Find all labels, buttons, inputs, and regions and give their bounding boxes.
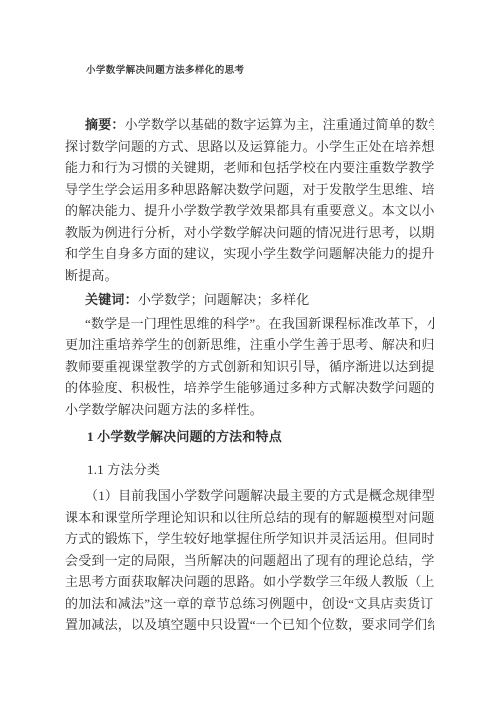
body-line: 会受到一定的局限，当所解决的问题超出了现有的理论总结，学生就会很难在自 (65, 550, 434, 572)
keywords-line: 关键词：小学数学；问题解决；多样化 (65, 289, 434, 311)
body-line: （1）目前我国小学数学问题解决最主要的方式是概念规律型，也就是按照 (65, 485, 434, 507)
abstract-line: 断提高。 (65, 265, 434, 287)
document-title: 小学数学解决问题方法多样化的思考 (86, 64, 434, 78)
intro-line: “数学是一门理性思维的科学”。在我国新课程标准改革下，小学数学教育 (65, 313, 434, 335)
body-line: 课本和课堂所学理论知识和以往所总结的现有的解题模型对问题进行解答。这种 (65, 507, 434, 529)
abstract-line: 能力和行为习惯的关键期，老师和包括学校在内要注重数学教学的改革创新，引 (65, 157, 434, 179)
page-content: 小学数学解决问题方法多样化的思考 摘要：小学数学以基础的数字运算为主，注重通过简… (0, 64, 500, 636)
body-line: 主思考方面获取解决问题的思路。如小学数学三年级人教版（上册）中“万以内 (65, 571, 434, 593)
keywords-label: 关键词： (85, 292, 138, 307)
subsection-heading-1-1: 1.1 方法分类 (65, 459, 434, 481)
intro-line: 的体验度、积极性，培养学生能够通过多种方式解决数学问题的能力，从而实现 (65, 377, 434, 399)
intro-line: 教师要重视课堂教学的方式创新和知识引导，循序渐进以达到提升学生数学学习 (65, 356, 434, 378)
abstract-line: 摘要：小学数学以基础的数字运算为主，注重通过简单的数学问题培养学生 (65, 114, 434, 136)
body-paragraph: （1）目前我国小学数学问题解决最主要的方式是概念规律型，也就是按照 课本和课堂所… (65, 485, 434, 636)
intro-paragraph: “数学是一门理性思维的科学”。在我国新课程标准改革下，小学数学教育 更加注重培养… (65, 313, 434, 421)
body-line: 方式的锻炼下，学生较好地掌握住所学知识并灵活运用。但同时这种解题方法也 (65, 528, 434, 550)
abstract-line-text: 小学数学以基础的数字运算为主，注重通过简单的数学问题培养学生 (125, 117, 434, 132)
abstract-line: 的解决能力、提升小学数学教学效果都具有重要意义。本文以小学数学三年级人 (65, 200, 434, 222)
abstract-line: 探讨数学问题的方式、思路以及运算能力。小学生正处在培养想象力、数学思维 (65, 136, 434, 158)
body-line: 置加减法，以及填空题中只设置“一个已知个位数，要求同学们给相应的图形填 (65, 614, 434, 636)
keywords-text: 小学数学；问题解决；多样化 (138, 292, 310, 307)
keywords-row: 关键词：小学数学；问题解决；多样化 (65, 289, 434, 311)
intro-line: 更加注重培养学生的创新思维，注重小学生善于思考、解决和归纳解答数学问题。 (65, 334, 434, 356)
intro-line: 小学数学解决问题方法的多样性。 (65, 399, 434, 421)
body-line: 的加法和减法”这一章的章节总练习例题中，创设“文具店卖货订单”的情境设 (65, 593, 434, 615)
abstract-line: 教版为例进行分析，对小学数学解决问题的情况进行思考，以期提供教师、学校 (65, 222, 434, 244)
abstract-line: 和学生自身多方面的建议，实现小学生数学问题解决能力的提升和教学水平的不 (65, 243, 434, 265)
abstract-line: 导学生学会运用多种思路解决数学问题，对于发散学生思维、培养学生数学问题 (65, 179, 434, 201)
abstract-paragraph: 摘要：小学数学以基础的数字运算为主，注重通过简单的数学问题培养学生 探讨数学问题… (65, 114, 434, 286)
section-heading-1: 1 小学数学解决问题的方法和特点 (65, 426, 434, 448)
paper-page: 小学数学解决问题方法多样化的思考 摘要：小学数学以基础的数字运算为主，注重通过简… (0, 0, 500, 707)
abstract-label: 摘要： (85, 117, 125, 132)
